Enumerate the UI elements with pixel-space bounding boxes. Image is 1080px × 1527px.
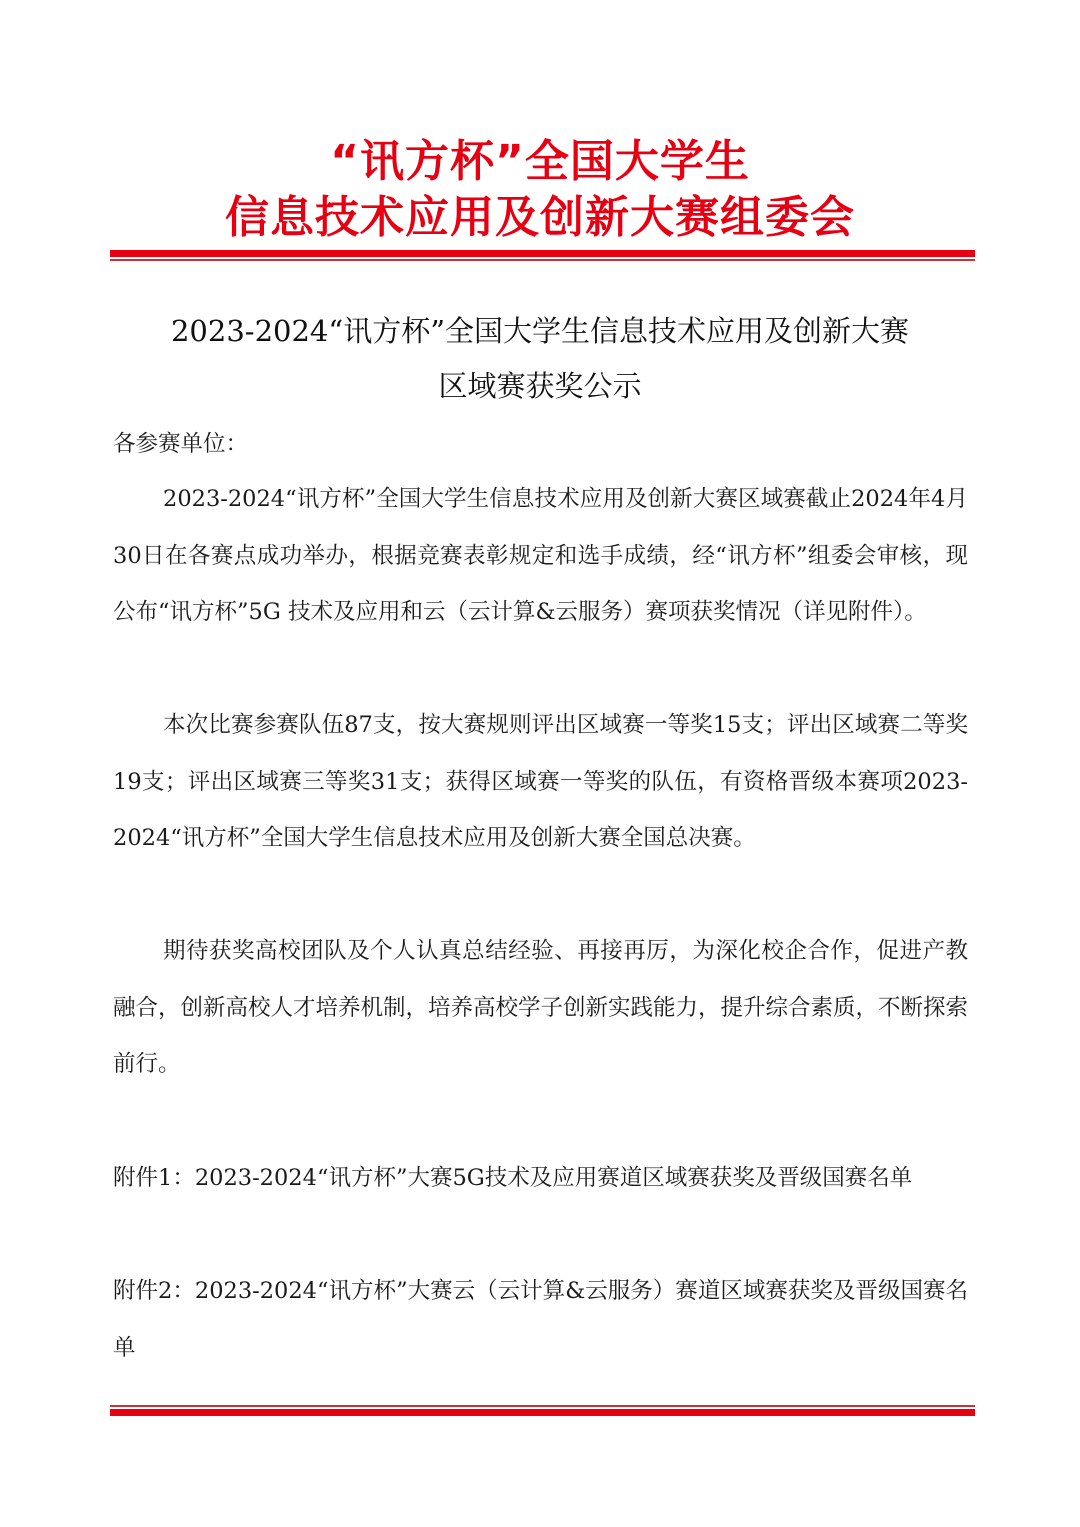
paragraph-closing: 期待获奖高校团队及个人认真总结经验、再接再厉，为深化校企合作，促进产教融合，创新… <box>113 923 968 1093</box>
attachment-2: 附件2：2023-2024“讯方杯”大赛云（云计算&云服务）赛道区域赛获奖及晋级… <box>113 1263 968 1376</box>
salutation: 各参赛单位： <box>113 416 968 473</box>
organizer-title-line2: 信息技术应用及创新大赛组委会 <box>0 190 1080 246</box>
paragraph-announcement: 2023-2024“讯方杯”全国大学生信息技术应用及创新大赛区域赛截止2024年… <box>113 471 968 641</box>
footer-rule-thick <box>110 1409 975 1416</box>
header-rule-thin <box>110 259 975 261</box>
document-title-line1: 2023-2024“讯方杯”全国大学生信息技术应用及创新大赛 <box>0 311 1080 351</box>
organizer-title-line1: “讯方杯”全国大学生 <box>0 134 1080 190</box>
footer-rule-thin <box>110 1405 975 1407</box>
header-rule-thick <box>110 250 975 257</box>
paragraph-award-counts: 本次比赛参赛队伍87支，按大赛规则评出区域赛一等奖15支；评出区域赛二等奖19支… <box>113 697 968 867</box>
document-title-line2: 区域赛获奖公示 <box>0 366 1080 406</box>
attachment-1: 附件1：2023-2024“讯方杯”大赛5G技术及应用赛道区域赛获奖及晋级国赛名… <box>113 1150 968 1207</box>
